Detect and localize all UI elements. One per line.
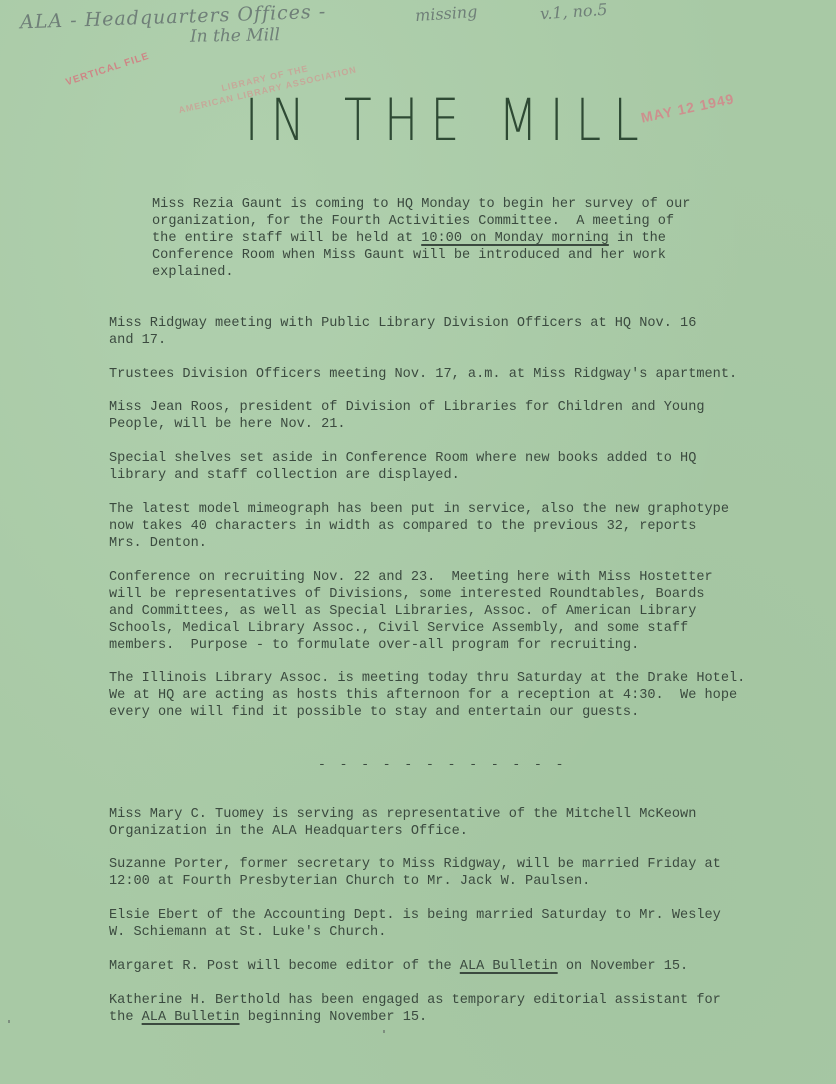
- received-date-stamp: MAY 12 1949: [639, 90, 735, 125]
- intro-line: the entire staff will be held at: [152, 231, 421, 246]
- handwritten-note-missing: missing: [414, 2, 478, 25]
- news-item: The Illinois Library Assoc. is meeting t…: [109, 670, 745, 721]
- intro-paragraph: Miss Rezia Gaunt is coming to HQ Monday …: [152, 196, 690, 281]
- news-item: Special shelves set aside in Conference …: [109, 450, 696, 484]
- news-item: Miss Ridgway meeting with Public Library…: [109, 315, 696, 349]
- handwritten-note-volume: v.1, no.5: [539, 0, 608, 23]
- bulletin-title-underlined: ALA Bulletin: [460, 959, 558, 974]
- news-item: The latest model mimeograph has been put…: [109, 501, 729, 552]
- personal-item: Katherine H. Berthold has been engaged a…: [109, 992, 721, 1026]
- personal-item: Miss Mary C. Tuomey is serving as repres…: [109, 806, 696, 840]
- paper-speck: [8, 1020, 10, 1023]
- handwritten-note-heading: ALA - Headquarters Offices -: [20, 1, 327, 34]
- paper-speck: [383, 1030, 385, 1033]
- personal-item: Suzanne Porter, former secretary to Miss…: [109, 856, 721, 890]
- handwritten-note-title: In the Mill: [190, 25, 280, 47]
- document-page: ALA - Headquarters Offices - In the Mill…: [0, 0, 836, 1084]
- vertical-file-stamp: VERTICAL FILE: [64, 51, 150, 88]
- news-item: Miss Jean Roos, president of Division of…: [109, 399, 705, 433]
- section-separator: - - - - - - - - - - - -: [318, 757, 566, 772]
- intro-line: Miss Rezia Gaunt is coming to HQ Monday …: [152, 197, 690, 212]
- intro-line: Conference Room when Miss Gaunt will be …: [152, 248, 666, 263]
- news-item: Conference on recruiting Nov. 22 and 23.…: [109, 569, 713, 654]
- intro-line: organization, for the Fourth Activities …: [152, 214, 674, 229]
- personal-item: Margaret R. Post will become editor of t…: [109, 958, 688, 975]
- meeting-time-underlined: 10:00 on Monday morning: [421, 231, 609, 246]
- masthead-title: IN THE MILL: [245, 86, 651, 154]
- bulletin-title-underlined: ALA Bulletin: [142, 1010, 240, 1025]
- news-item: Trustees Division Officers meeting Nov. …: [109, 366, 737, 383]
- personal-item: Elsie Ebert of the Accounting Dept. is b…: [109, 907, 721, 941]
- intro-line: explained.: [152, 265, 234, 280]
